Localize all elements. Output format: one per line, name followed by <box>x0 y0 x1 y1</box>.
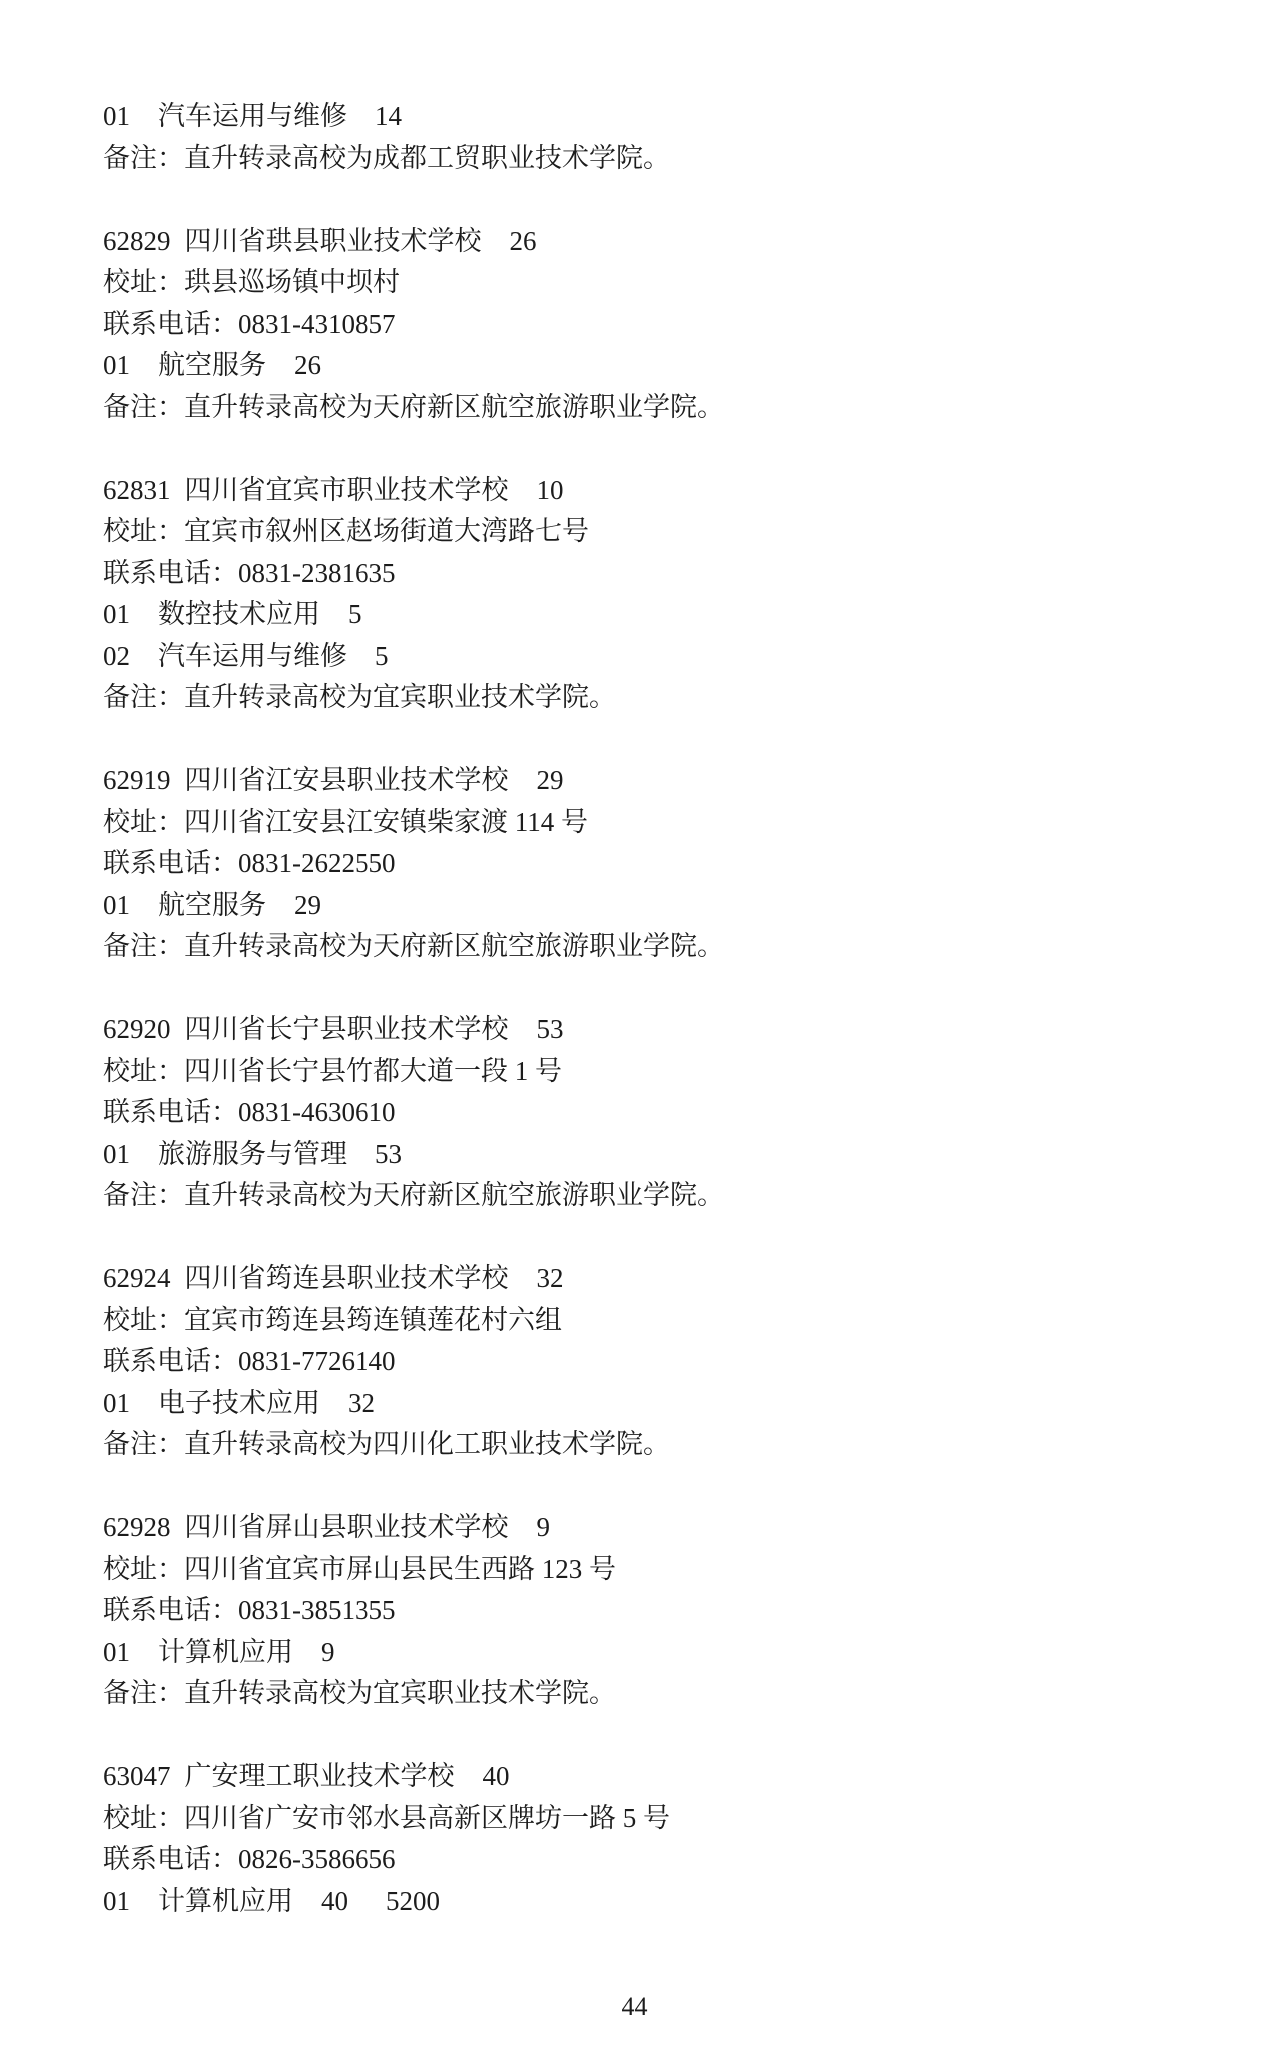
document-page: 01汽车运用与维修14 备注：直升转录高校为成都工贸职业技术学院。 62829四… <box>0 0 1269 2066</box>
program-code: 01 <box>103 1388 130 1418</box>
program-line: 02汽车运用与维修5 <box>103 636 1209 678</box>
program-quota: 14 <box>375 101 402 131</box>
remark-line: 备注：直升转录高校为天府新区航空旅游职业学院。 <box>103 387 1209 429</box>
school-section: 62924四川省筠连县职业技术学校32 校址：宜宾市筠连县筠连镇莲花村六组 联系… <box>103 1258 1209 1466</box>
remark-line: 备注：直升转录高校为天府新区航空旅游职业学院。 <box>103 1175 1209 1217</box>
remark-line: 备注：直升转录高校为宜宾职业技术学院。 <box>103 677 1209 719</box>
address-line: 校址：四川省江安县江安镇柴家渡 114 号 <box>103 802 1209 844</box>
program-line: 01汽车运用与维修14 <box>103 96 1209 138</box>
address-line: 校址：珙县巡场镇中坝村 <box>103 262 1209 304</box>
school-header-line: 62928四川省屏山县职业技术学校9 <box>103 1507 1209 1549</box>
page-content: 01汽车运用与维修14 备注：直升转录高校为成都工贸职业技术学院。 62829四… <box>103 96 1209 1964</box>
address-line: 校址：四川省长宁县竹都大道一段 1 号 <box>103 1051 1209 1093</box>
program-quota: 40 <box>321 1886 348 1916</box>
remark-line: 备注：直升转录高校为宜宾职业技术学院。 <box>103 1673 1209 1715</box>
phone-line: 联系电话：0831-4310857 <box>103 304 1209 346</box>
address-line: 校址：宜宾市叙州区赵场街道大湾路七号 <box>103 511 1209 553</box>
program-name: 数控技术应用 <box>158 599 320 629</box>
program-code: 02 <box>103 641 130 671</box>
remark-line: 备注：直升转录高校为天府新区航空旅游职业学院。 <box>103 926 1209 968</box>
program-name: 计算机应用 <box>158 1637 293 1667</box>
program-name: 旅游服务与管理 <box>158 1139 347 1169</box>
program-quota: 26 <box>294 350 321 380</box>
address-line: 校址：四川省广安市邻水县高新区牌坊一路 5 号 <box>103 1798 1209 1840</box>
school-total: 10 <box>537 475 564 505</box>
program-quota: 32 <box>348 1388 375 1418</box>
program-code: 01 <box>103 1637 130 1667</box>
school-name: 四川省筠连县职业技术学校 <box>185 1263 509 1293</box>
program-quota: 9 <box>321 1637 335 1667</box>
phone-line: 联系电话：0831-2622550 <box>103 843 1209 885</box>
program-name: 航空服务 <box>158 890 266 920</box>
school-code: 62920 <box>103 1014 171 1044</box>
program-code: 01 <box>103 1886 130 1916</box>
phone-line: 联系电话：0831-2381635 <box>103 553 1209 595</box>
school-name: 四川省宜宾市职业技术学校 <box>185 475 509 505</box>
program-line: 01航空服务29 <box>103 885 1209 927</box>
program-code: 01 <box>103 101 130 131</box>
program-line: 01电子技术应用32 <box>103 1383 1209 1425</box>
school-code: 62928 <box>103 1512 171 1542</box>
school-header-line: 62919四川省江安县职业技术学校29 <box>103 760 1209 802</box>
school-total: 9 <box>537 1512 551 1542</box>
school-section: 63047广安理工职业技术学校40 校址：四川省广安市邻水县高新区牌坊一路 5 … <box>103 1756 1209 1922</box>
school-total: 29 <box>537 765 564 795</box>
school-total: 32 <box>537 1263 564 1293</box>
school-name: 广安理工职业技术学校 <box>185 1761 455 1791</box>
school-total: 26 <box>510 226 537 256</box>
program-code: 01 <box>103 350 130 380</box>
school-section: 62831四川省宜宾市职业技术学校10 校址：宜宾市叙州区赵场街道大湾路七号 联… <box>103 470 1209 719</box>
program-code: 01 <box>103 599 130 629</box>
program-quota: 5 <box>348 599 362 629</box>
program-name: 航空服务 <box>158 350 266 380</box>
program-line: 01计算机应用405200 <box>103 1881 1209 1923</box>
program-name: 汽车运用与维修 <box>158 101 347 131</box>
school-header-line: 62924四川省筠连县职业技术学校32 <box>103 1258 1209 1300</box>
address-line: 校址：宜宾市筠连县筠连镇莲花村六组 <box>103 1300 1209 1342</box>
program-name: 电子技术应用 <box>158 1388 320 1418</box>
program-code: 01 <box>103 890 130 920</box>
school-header-line: 63047广安理工职业技术学校40 <box>103 1756 1209 1798</box>
school-code: 63047 <box>103 1761 171 1791</box>
school-section: 62919四川省江安县职业技术学校29 校址：四川省江安县江安镇柴家渡 114 … <box>103 760 1209 968</box>
school-header-line: 62831四川省宜宾市职业技术学校10 <box>103 470 1209 512</box>
program-quota: 29 <box>294 890 321 920</box>
program-line: 01航空服务26 <box>103 345 1209 387</box>
school-code: 62829 <box>103 226 171 256</box>
school-code: 62919 <box>103 765 171 795</box>
school-section: 62829四川省珙县职业技术学校26 校址：珙县巡场镇中坝村 联系电话：0831… <box>103 221 1209 429</box>
school-name: 四川省珙县职业技术学校 <box>185 226 482 256</box>
school-section: 01汽车运用与维修14 备注：直升转录高校为成都工贸职业技术学院。 <box>103 96 1209 179</box>
address-line: 校址：四川省宜宾市屏山县民生西路 123 号 <box>103 1549 1209 1591</box>
school-section: 62928四川省屏山县职业技术学校9 校址：四川省宜宾市屏山县民生西路 123 … <box>103 1507 1209 1715</box>
program-line: 01数控技术应用5 <box>103 594 1209 636</box>
school-total: 53 <box>537 1014 564 1044</box>
school-header-line: 62829四川省珙县职业技术学校26 <box>103 221 1209 263</box>
school-name: 四川省长宁县职业技术学校 <box>185 1014 509 1044</box>
school-code: 62924 <box>103 1263 171 1293</box>
school-name: 四川省屏山县职业技术学校 <box>185 1512 509 1542</box>
phone-line: 联系电话：0831-3851355 <box>103 1590 1209 1632</box>
remark-line: 备注：直升转录高校为四川化工职业技术学院。 <box>103 1424 1209 1466</box>
school-code: 62831 <box>103 475 171 505</box>
program-name: 计算机应用 <box>158 1886 293 1916</box>
phone-line: 联系电话：0831-7726140 <box>103 1341 1209 1383</box>
program-quota: 5 <box>375 641 389 671</box>
program-line: 01旅游服务与管理53 <box>103 1134 1209 1176</box>
program-quota: 53 <box>375 1139 402 1169</box>
program-code: 01 <box>103 1139 130 1169</box>
page-number: 44 <box>0 1992 1269 2022</box>
remark-line: 备注：直升转录高校为成都工贸职业技术学院。 <box>103 138 1209 180</box>
phone-line: 联系电话：0826-3586656 <box>103 1839 1209 1881</box>
program-line: 01计算机应用9 <box>103 1632 1209 1674</box>
school-header-line: 62920四川省长宁县职业技术学校53 <box>103 1009 1209 1051</box>
school-total: 40 <box>483 1761 510 1791</box>
school-name: 四川省江安县职业技术学校 <box>185 765 509 795</box>
school-section: 62920四川省长宁县职业技术学校53 校址：四川省长宁县竹都大道一段 1 号 … <box>103 1009 1209 1217</box>
phone-line: 联系电话：0831-4630610 <box>103 1092 1209 1134</box>
program-name: 汽车运用与维修 <box>158 641 347 671</box>
program-tuition: 5200 <box>386 1886 440 1916</box>
